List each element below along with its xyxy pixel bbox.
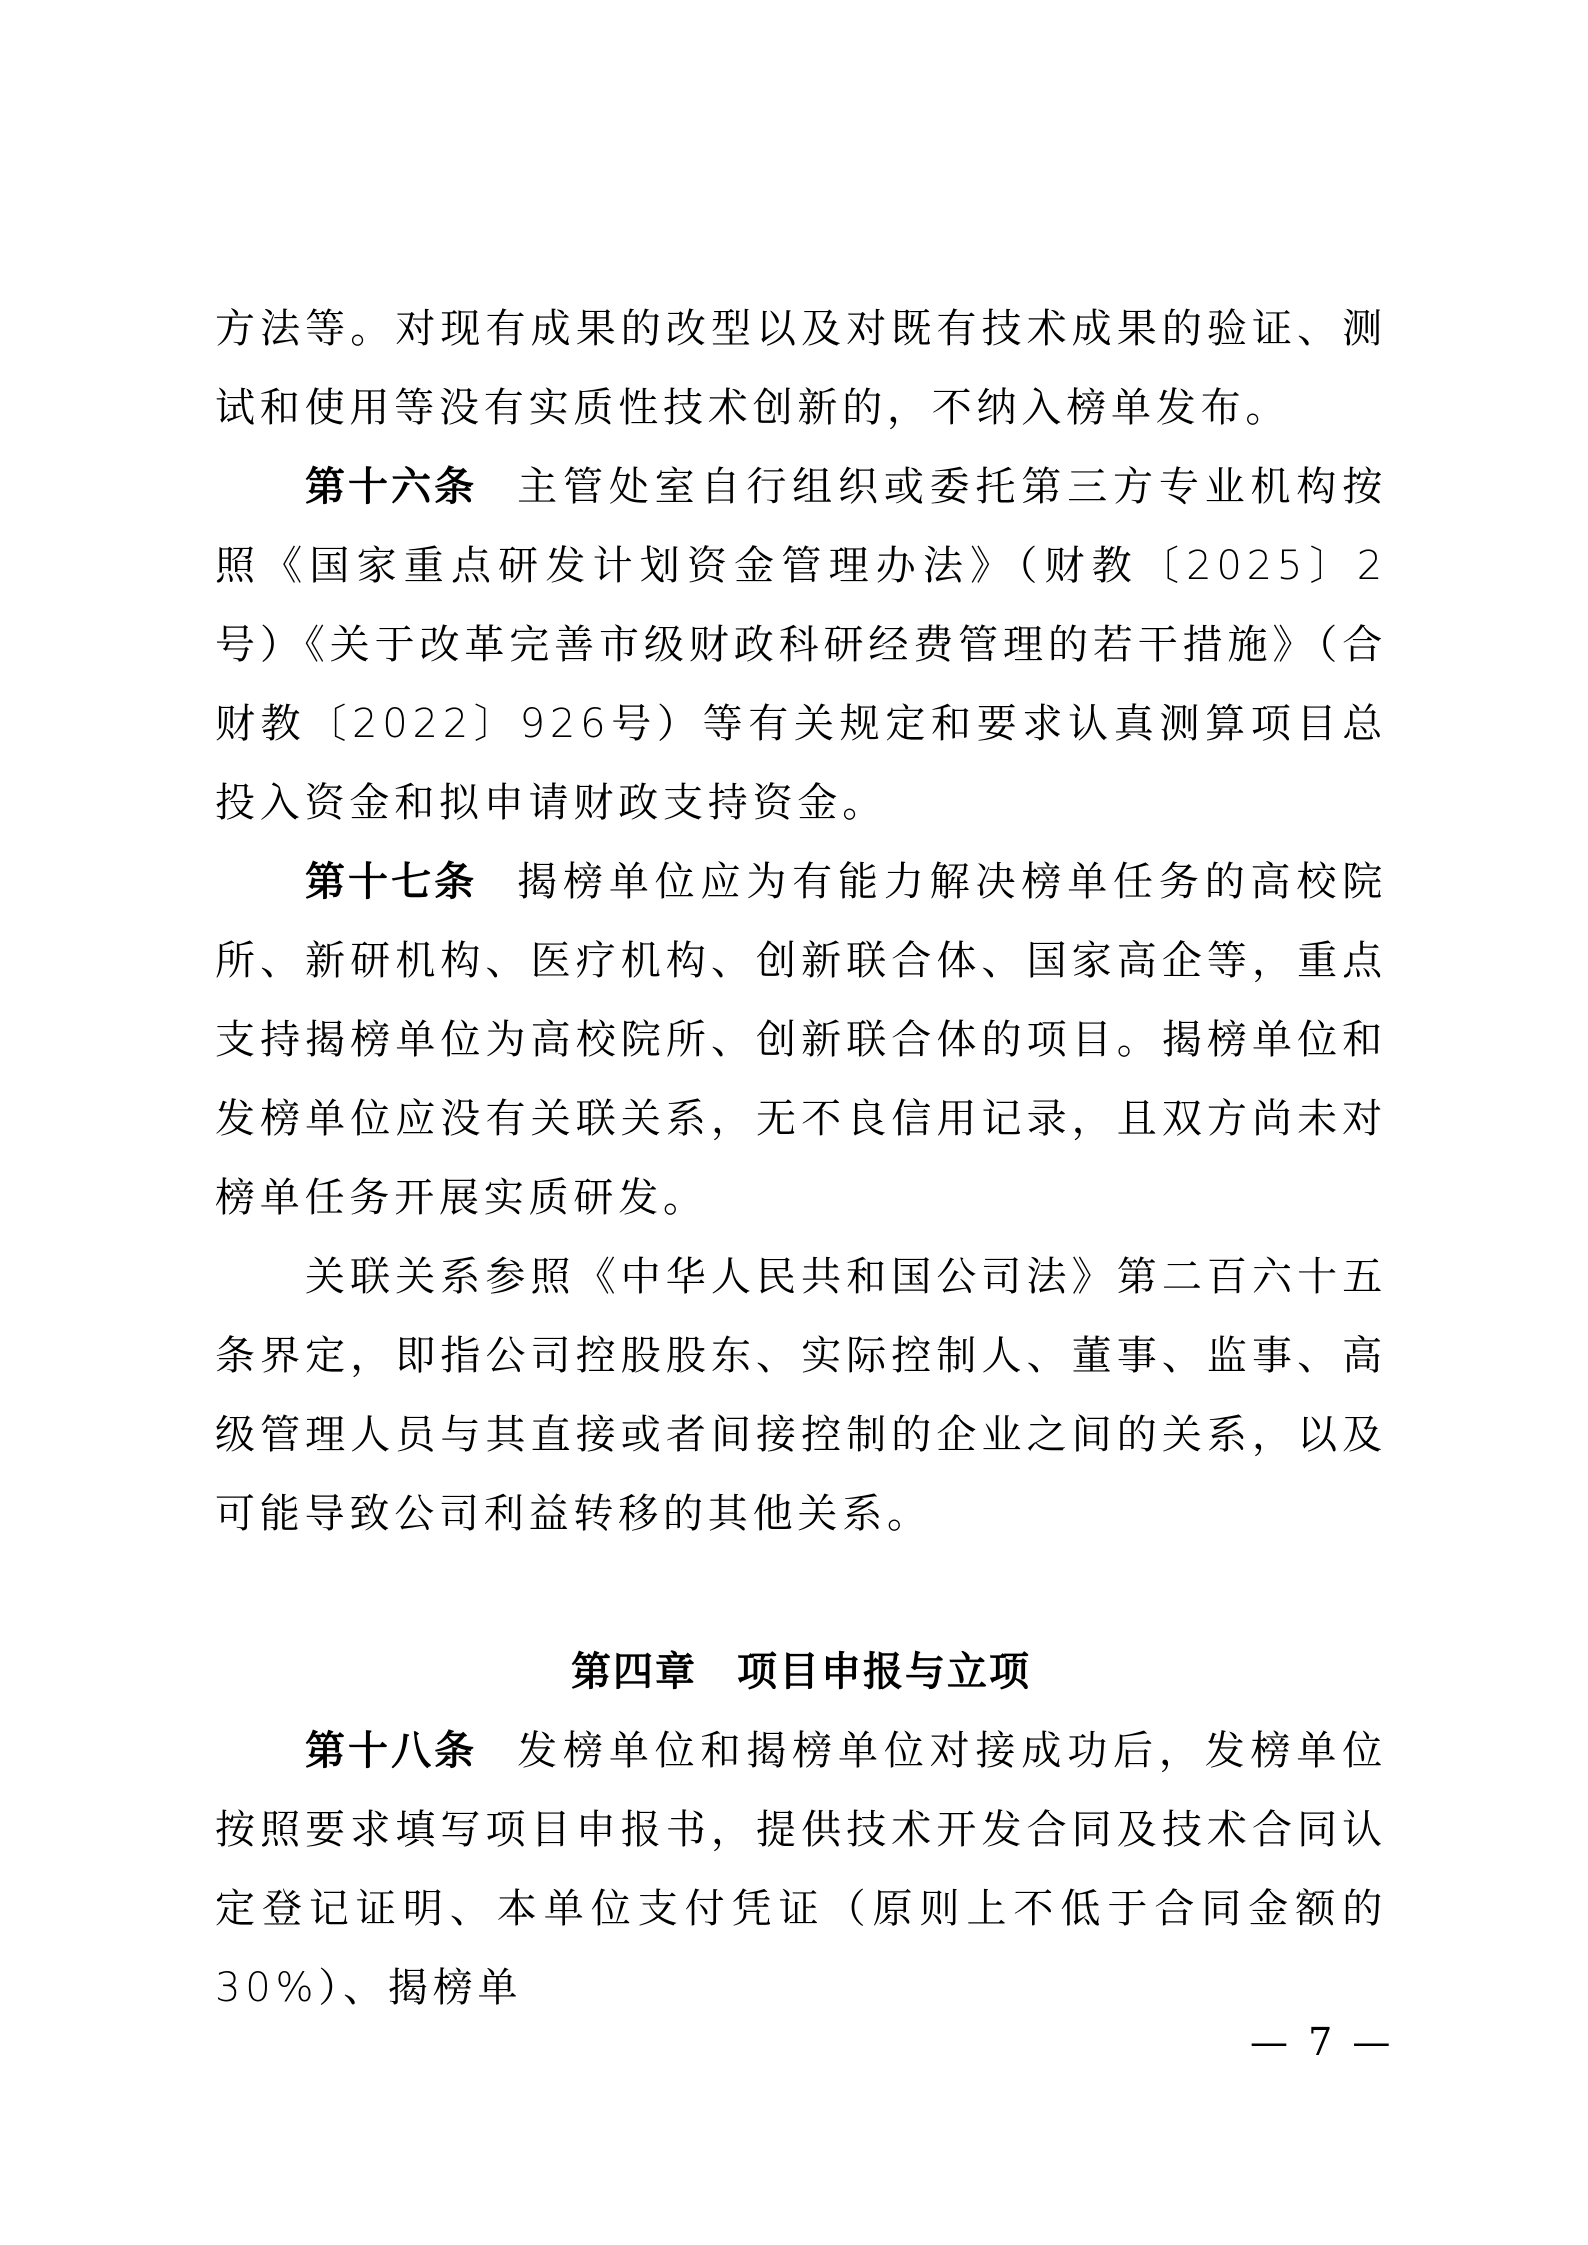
paragraph-continuation: 方法等。对现有成果的改型以及对既有技术成果的验证、测试和使用等没有实质性技术创新… [215,290,1387,448]
chapter-number: 第四章 [571,1649,697,1695]
page-number: — 7 — [1250,2020,1394,2064]
document-page: 方法等。对现有成果的改型以及对既有技术成果的验证、测试和使用等没有实质性技术创新… [215,290,1387,2028]
paragraph-text: 揭榜单位应为有能力解决榜单任务的高校院所、新研机构、医疗机构、创新联合体、国家高… [215,859,1387,1221]
article-title: 第十八条 [305,1728,477,1774]
chapter-heading: 第四章项目申报与立项 [215,1633,1387,1712]
paragraph-article-18: 第十八条发榜单位和揭榜单位对接成功后，发榜单位按照要求填写项目申报书，提供技术开… [215,1712,1387,2028]
paragraph-text: 方法等。对现有成果的改型以及对既有技术成果的验证、测试和使用等没有实质性技术创新… [215,306,1387,431]
paragraph-article-16: 第十六条主管处室自行组织或委托第三方专业机构按照《国家重点研发计划资金管理办法》… [215,448,1387,843]
article-title: 第十六条 [305,464,477,510]
article-title: 第十七条 [305,859,477,905]
paragraph-article-17: 第十七条揭榜单位应为有能力解决榜单任务的高校院所、新研机构、医疗机构、创新联合体… [215,843,1387,1238]
chapter-title: 项目申报与立项 [737,1649,1031,1695]
paragraph-text: 关联关系参照《中华人民共和国公司法》第二百六十五条界定，即指公司控股股东、实际控… [215,1254,1387,1537]
paragraph-text: 主管处室自行组织或委托第三方专业机构按照《国家重点研发计划资金管理办法》（财教〔… [215,464,1387,826]
paragraph-related-party: 关联关系参照《中华人民共和国公司法》第二百六十五条界定，即指公司控股股东、实际控… [215,1238,1387,1554]
